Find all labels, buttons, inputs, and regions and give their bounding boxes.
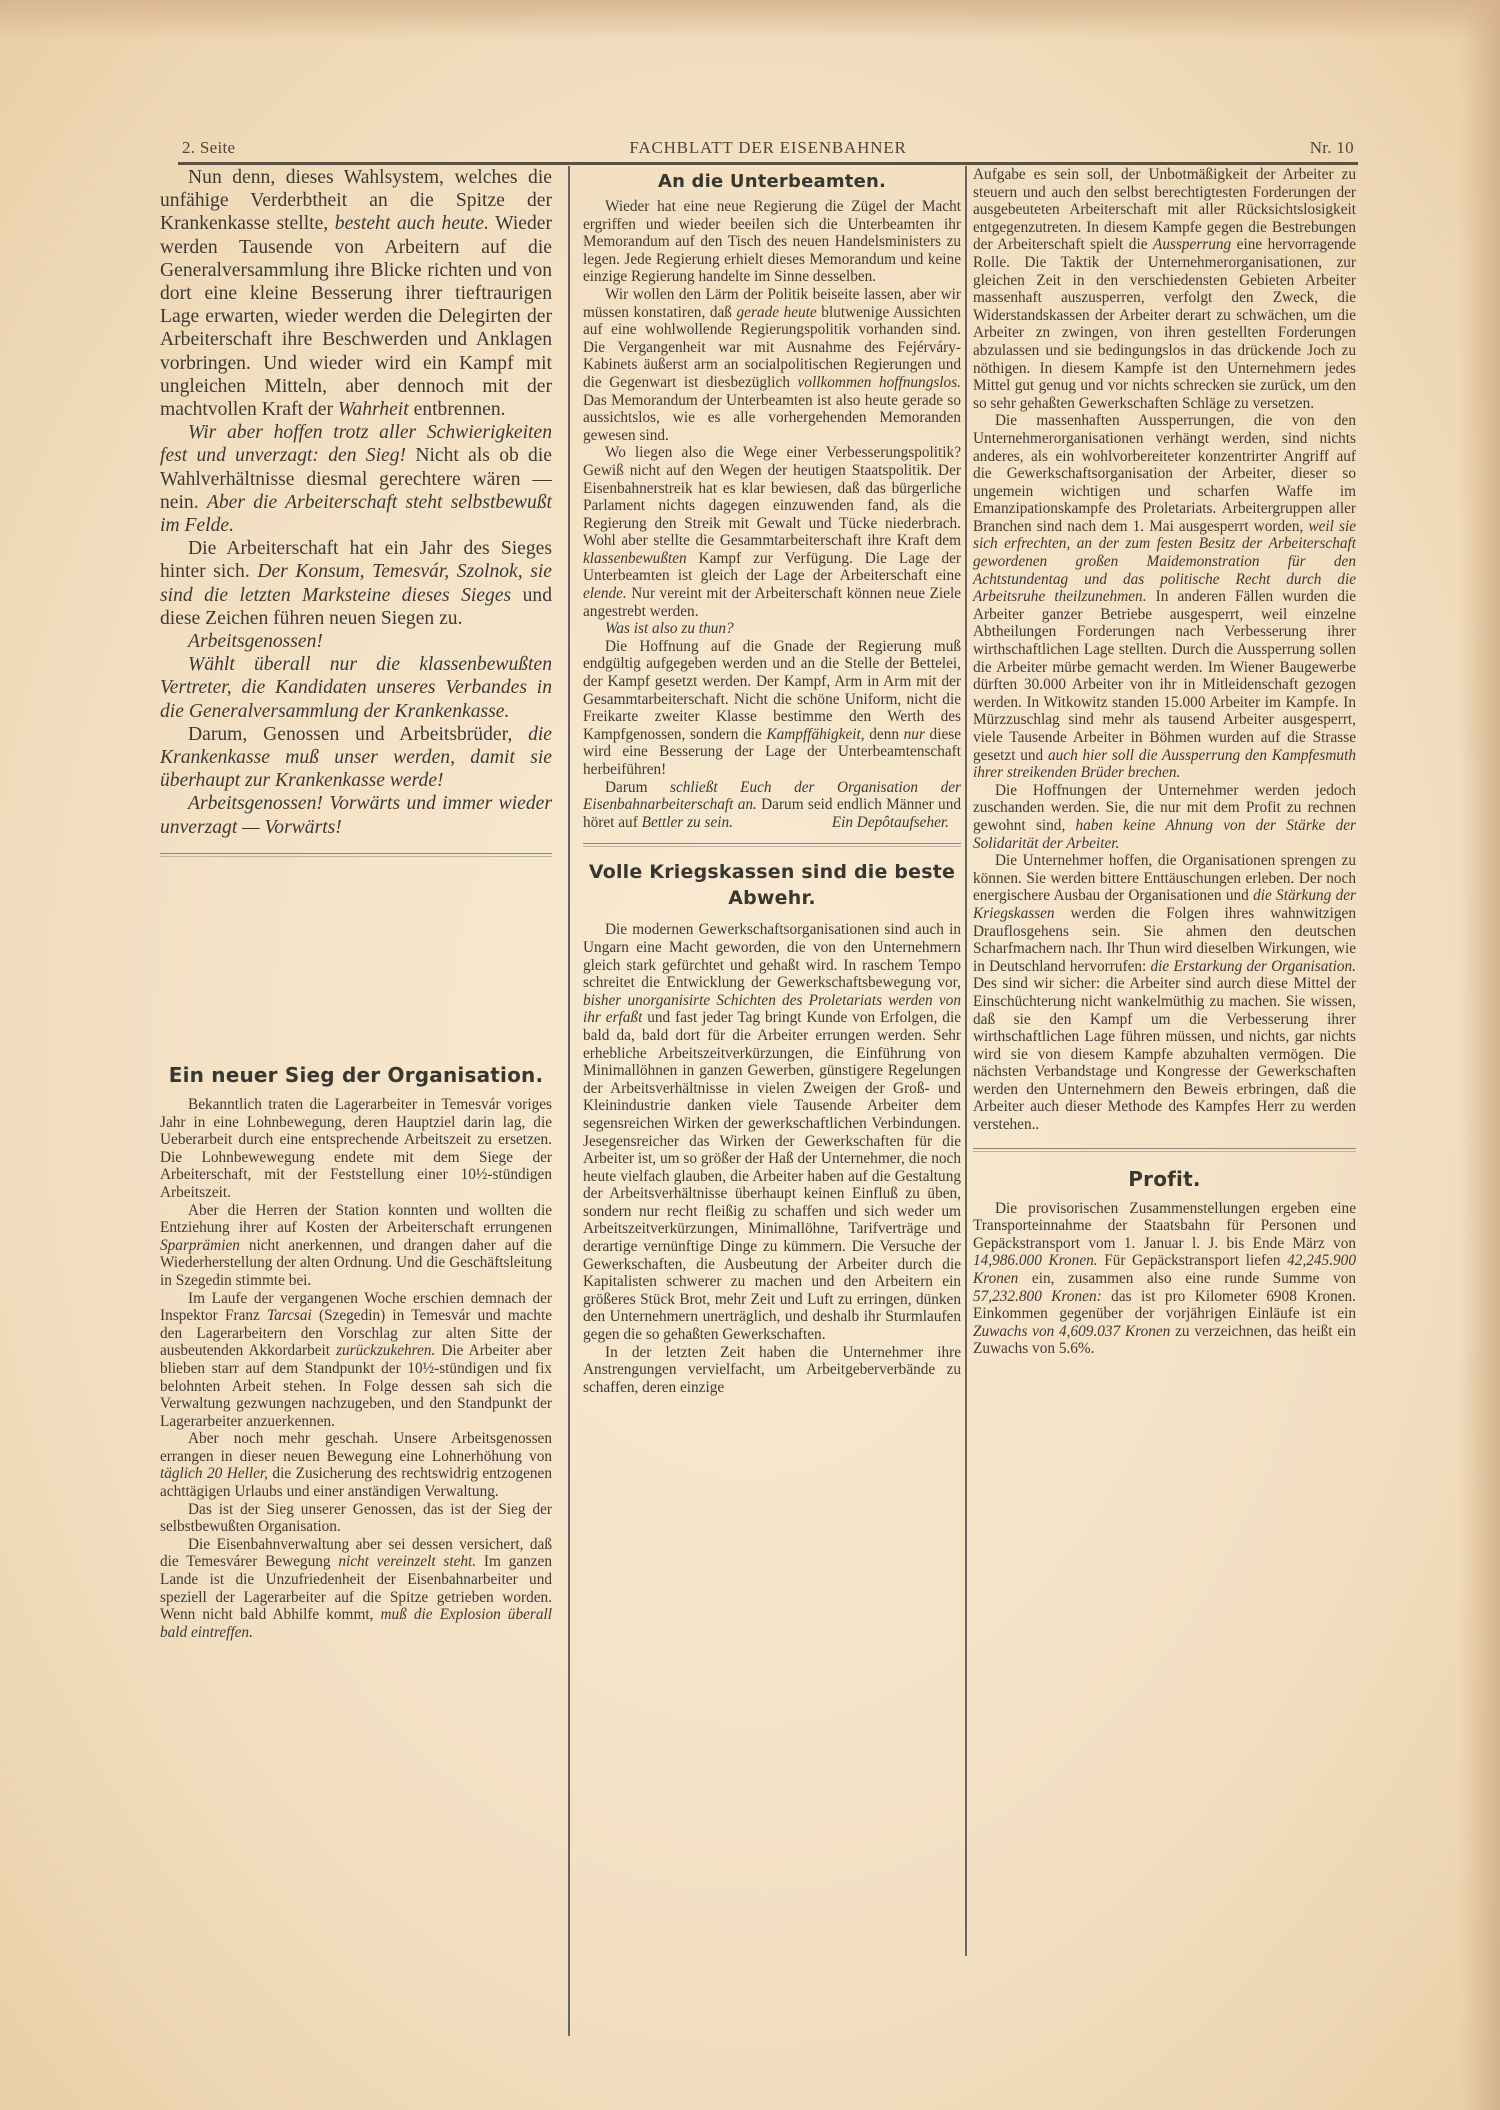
paragraph: Nun denn, dieses Wahlsystem, welches die… <box>160 166 552 421</box>
emphasis-text: Was ist also zu thun? <box>605 620 734 637</box>
emphasis-text: Bettler zu sein. <box>642 814 733 831</box>
page-edge-shading-top <box>0 0 1500 40</box>
text-run: Des sind wir sicher: die Arbeiter sind a… <box>973 975 1356 1133</box>
emphasis-text: Zuwachs von 4,609.037 Kronen <box>973 1323 1170 1340</box>
paragraph: Arbeitsgenossen! Vorwärts und immer wied… <box>160 792 552 838</box>
emphasis-text: Arbeitsgenossen! Vorwärts und immer wied… <box>160 793 552 837</box>
publication-title: FACHBLATT DER EISENBAHNER <box>178 138 1358 158</box>
paragraph: Wir aber hoffen trotz aller Schwierigkei… <box>160 421 552 537</box>
emphasis-text: Kampffähigkeit, <box>766 726 864 743</box>
text-run: ein, zusammen also eine runde Summe von <box>1018 1270 1356 1287</box>
text-run: Darum, Genossen und Arbeitsbrüder, <box>188 724 528 745</box>
text-run: Für Gepäckstransport liefen <box>1098 1252 1288 1269</box>
text-run: In der letzten Zeit haben die Unternehme… <box>583 1344 961 1396</box>
text-run: eine hervorragende Rolle. Die Taktik der… <box>973 236 1356 411</box>
emphasis-text: nicht vereinzelt steht. <box>338 1553 476 1570</box>
text-run: und fast jeder Tag bringt Kunde von Erfo… <box>583 1009 961 1343</box>
paragraph: Wählt überall nur die klassenbewußten Ve… <box>160 653 552 723</box>
paragraph: Im Laufe der vergangenen Woche erschien … <box>160 1290 552 1431</box>
emphasis-text: Aussperrung <box>1153 236 1231 253</box>
text-run: Die provisorischen Zusammenstellungen er… <box>973 1200 1356 1252</box>
text-run: Wo liegen also die Wege einer Verbesseru… <box>583 444 961 549</box>
emphasis-text: Sparprämien <box>160 1237 240 1254</box>
page-header: 2. Seite FACHBLATT DER EISENBAHNER Nr. 1… <box>178 136 1358 162</box>
article-body: Die provisorischen Zusammenstellungen er… <box>973 1200 1356 1358</box>
emphasis-text: Aber die Arbeiterschaft steht selbstbewu… <box>160 492 552 536</box>
column-divider-2 <box>965 166 967 1956</box>
page-edge-shading-right <box>1460 0 1500 2110</box>
paragraph: Aber noch mehr geschah. Unsere Arbeitsge… <box>160 1430 552 1500</box>
election-appeal-text: Nun denn, dieses Wahlsystem, welches die… <box>160 166 552 839</box>
emphasis-text: nur <box>904 726 925 743</box>
emphasis-text: gerade heute <box>737 304 817 321</box>
emphasis-text: Arbeitsgenossen! <box>188 631 323 652</box>
text-run: Wieder hat eine neue Regierung die Zügel… <box>583 198 961 285</box>
text-run: entbrennen. <box>409 399 506 420</box>
column-3: Aufgabe es sein soll, der Unbotmäßigkeit… <box>973 166 1356 1358</box>
column-1: Nun denn, dieses Wahlsystem, welches die… <box>160 166 552 857</box>
paragraph: Wo liegen also die Wege einer Verbesseru… <box>583 444 961 620</box>
emphasis-text: Tarcsai <box>267 1307 312 1324</box>
emphasis-text: zurückzukehren. <box>336 1342 435 1359</box>
article-body: Wieder hat eine neue Regierung die Zügel… <box>583 198 961 831</box>
emphasis-text: 57,232.800 Kronen: <box>973 1288 1102 1305</box>
paragraph: Die Hoffnung auf die Gnade der Regierung… <box>583 638 961 779</box>
text-run: denn <box>865 726 904 743</box>
emphasis-text: vollkommen hoffnungslos. <box>798 374 961 391</box>
paragraph: Was ist also zu thun? <box>583 620 961 638</box>
paragraph: Die Unternehmer hoffen, die Organisation… <box>973 852 1356 1134</box>
paragraph: Die massenhaften Aussperrungen, die von … <box>973 412 1356 781</box>
emphasis-text: die Erstarkung der Organisation. <box>1151 958 1356 975</box>
text-run: Wieder werden Tausende von Arbeitern auf… <box>160 213 552 420</box>
paragraph: Die Eisenbahnverwaltung aber sei dessen … <box>160 1536 552 1642</box>
column-2: An die Unterbeamten. Wieder hat eine neu… <box>583 166 961 1396</box>
paragraph: Aufgabe es sein soll, der Unbotmäßigkeit… <box>973 166 1356 412</box>
article-body: Bekanntlich traten die Lagerarbeiter in … <box>160 1096 552 1641</box>
paragraph: Arbeitsgenossen! <box>160 630 552 653</box>
text-run: Das Memorandum der Unterbeamten ist also… <box>583 392 961 444</box>
text-run: Aber die Herren der Station konnten und … <box>160 1202 552 1237</box>
text-run: Das ist der Sieg unserer Genossen, das i… <box>160 1501 552 1536</box>
text-run: Die modernen Gewerkschaftsorganisationen… <box>583 921 961 991</box>
section-divider <box>973 1148 1356 1152</box>
article-body: Die modernen Gewerkschaftsorganisationen… <box>583 921 961 1396</box>
article-headline: Volle Kriegskassen sind die beste Abwehr… <box>583 859 961 911</box>
emphasis-text: Wählt überall nur die klassenbewußten Ve… <box>160 654 552 721</box>
column-divider-1 <box>568 166 570 2036</box>
emphasis-text: Wahrheit <box>338 399 409 420</box>
text-run: Aber noch mehr geschah. Unsere Arbeitsge… <box>160 1430 552 1465</box>
paragraph: Die provisorischen Zusammenstellungen er… <box>973 1200 1356 1358</box>
section-divider <box>160 853 552 857</box>
header-rule <box>178 162 1358 165</box>
emphasis-text: besteht auch heute. <box>335 213 489 234</box>
emphasis-text: elende. <box>583 585 627 602</box>
emphasis-text: klassenbewußten <box>583 550 687 567</box>
text-run: Bekanntlich traten die Lagerarbeiter in … <box>160 1096 552 1201</box>
article-continuation: Aufgabe es sein soll, der Unbotmäßigkeit… <box>973 166 1356 1134</box>
section-divider <box>583 843 961 847</box>
article-ein-neuer-sieg: Ein neuer Sieg der Organisation. Bekannt… <box>160 1062 552 1641</box>
emphasis-text: 14,986.000 Kronen. <box>973 1252 1098 1269</box>
paragraph: Wieder hat eine neue Regierung die Zügel… <box>583 198 961 286</box>
emphasis-text: täglich 20 Heller, <box>160 1465 268 1482</box>
paragraph: Darum, Genossen und Arbeitsbrüder, die K… <box>160 723 552 793</box>
article-headline: Profit. <box>973 1166 1356 1192</box>
paragraph: Bekanntlich traten die Lagerarbeiter in … <box>160 1096 552 1202</box>
paragraph: Das ist der Sieg unserer Genossen, das i… <box>160 1501 552 1536</box>
article-headline: An die Unterbeamten. <box>583 170 961 194</box>
article-headline: Ein neuer Sieg der Organisation. <box>160 1062 552 1088</box>
issue-number: Nr. 10 <box>1310 138 1354 158</box>
text-run: Nur vereint mit der Arbeiterschaft könne… <box>583 585 961 620</box>
paragraph: Die modernen Gewerkschaftsorganisationen… <box>583 921 961 1343</box>
paragraph: In der letzten Zeit haben die Unternehme… <box>583 1344 961 1397</box>
paragraph: Die Hoffnungen der Unternehmer werden je… <box>973 782 1356 852</box>
paragraph: Aber die Herren der Station konnten und … <box>160 1202 552 1290</box>
paragraph: Die Arbeiterschaft hat ein Jahr des Sieg… <box>160 537 552 630</box>
text-run: In anderen Fällen wurden die Arbeiter ga… <box>973 588 1356 763</box>
paragraph: Wir wollen den Lärm der Politik beiseite… <box>583 286 961 444</box>
text-run: Darum <box>605 779 670 796</box>
text-run: Die massenhaften Aussperrungen, die von … <box>973 412 1356 535</box>
